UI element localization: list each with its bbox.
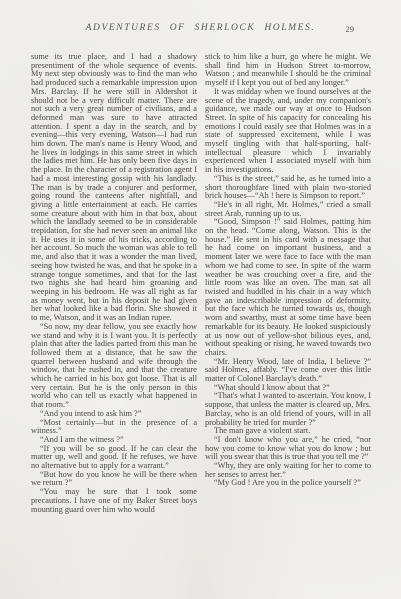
paragraph: “Mr. Henry Wood, late of India, I believ… <box>205 358 371 384</box>
left-column: sume its true place, and I had a shadowy… <box>31 53 197 514</box>
paragraph: “My God ! Are you in the police yourself… <box>205 479 371 488</box>
paragraph: “If you will be so good. If he can clear… <box>31 445 197 471</box>
book-page: ADVENTURES OF SHERLOCK HOLMES. 29 sume i… <box>0 0 401 599</box>
paragraph: sume its true place, and I had a shadowy… <box>31 53 197 323</box>
paragraph: “You may be sure that I took some precau… <box>31 488 197 514</box>
paragraph: “This is the street,” said he, as he tur… <box>205 175 371 201</box>
paragraph: “He's in all right, Mr. Holmes,” cried a… <box>205 201 371 218</box>
paragraph: “That's what I wanted to ascertain. You … <box>205 392 371 427</box>
paragraph: It was midday when we found ourselves at… <box>205 88 371 175</box>
running-header: ADVENTURES OF SHERLOCK HOLMES. 29 <box>0 23 401 37</box>
page-number: 29 <box>346 24 355 34</box>
paragraph: “Good, Simpson !” said Holmes, patting h… <box>205 218 371 357</box>
right-column: stick to him like a burr, go where he mi… <box>205 53 371 514</box>
header-title: ADVENTURES OF SHERLOCK HOLMES. <box>0 23 401 33</box>
paragraph: “Why, they are only waiting for her to c… <box>205 462 371 479</box>
text-columns: sume its true place, and I had a shadowy… <box>31 53 371 514</box>
paragraph: “I don't know who you are,” he cried, “n… <box>205 436 371 462</box>
paragraph: “But how do you know he will be there wh… <box>31 471 197 488</box>
paragraph: “Most certainly—but in the presence of a… <box>31 419 197 436</box>
paragraph: “So now, my dear fellow, you see exactly… <box>31 323 197 410</box>
paragraph: stick to him like a burr, go where he mi… <box>205 53 371 88</box>
